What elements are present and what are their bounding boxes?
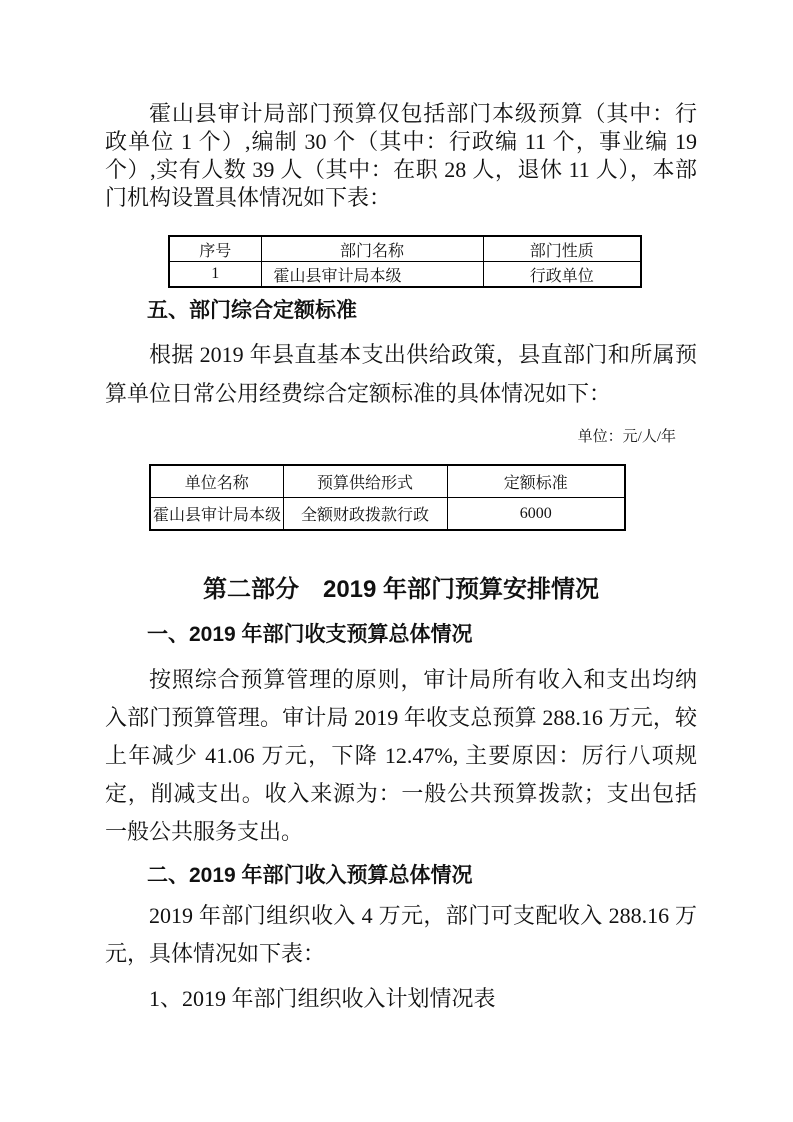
section-one-paragraph: 按照综合预算管理的原则，审计局所有收入和支出均纳入部门预算管理。审计局 2019…: [105, 661, 697, 851]
quota-table-cell-unit: 霍山县审计局本级: [150, 498, 283, 531]
quota-table-cell-standard: 6000: [447, 498, 625, 531]
quota-table-header-unit: 单位名称: [150, 465, 283, 498]
income-plan-table-caption: 1、2019 年部门组织收入计划情况表: [105, 980, 697, 1018]
org-table-cell-name: 霍山县审计局本级: [261, 262, 483, 288]
org-table-row: 1 霍山县审计局本级 行政单位: [169, 262, 641, 288]
section-five-paragraph: 根据 2019 年县直基本支出供给政策，县直部门和所属预算单位日常公用经费综合定…: [105, 335, 697, 413]
section-five-heading: 五、部门综合定额标准: [105, 298, 697, 324]
unit-note: 单位：元/人/年: [105, 428, 697, 446]
quota-table-header-supply: 预算供给形式: [283, 465, 447, 498]
quota-table-row: 霍山县审计局本级 全额财政拨款行政 6000: [150, 498, 625, 531]
org-table-cell-index: 1: [169, 262, 261, 288]
document-page: 霍山县审计局部门预算仅包括部门本级预算（其中：行政单位 1 个）,编制 30 个…: [0, 0, 793, 1122]
org-structure-table: 序号 部门名称 部门性质 1 霍山县审计局本级 行政单位: [168, 235, 642, 288]
quota-table-header-standard: 定额标准: [447, 465, 625, 498]
section-one-heading: 一、2019 年部门收支预算总体情况: [105, 621, 697, 649]
org-table-header-name: 部门名称: [261, 236, 483, 262]
part-two-title: 第二部分 2019 年部门预算安排情况: [105, 574, 697, 606]
page-content: 霍山县审计局部门预算仅包括部门本级预算（其中：行政单位 1 个）,编制 30 个…: [105, 100, 697, 1018]
quota-table-header-row: 单位名称 预算供给形式 定额标准: [150, 465, 625, 498]
section-two-heading: 二、2019 年部门收入预算总体情况: [105, 862, 697, 890]
org-table-header-type: 部门性质: [483, 236, 641, 262]
org-table-header-index: 序号: [169, 236, 261, 262]
quota-standard-table: 单位名称 预算供给形式 定额标准 霍山县审计局本级 全额财政拨款行政 6000: [149, 464, 626, 531]
org-table-cell-type: 行政单位: [483, 262, 641, 288]
org-table-header-row: 序号 部门名称 部门性质: [169, 236, 641, 262]
quota-table-cell-supply: 全额财政拨款行政: [283, 498, 447, 531]
intro-paragraph: 霍山县审计局部门预算仅包括部门本级预算（其中：行政单位 1 个）,编制 30 个…: [105, 100, 697, 212]
section-two-paragraph: 2019 年部门组织收入 4 万元，部门可支配收入 288.16 万元，具体情况…: [105, 897, 697, 973]
